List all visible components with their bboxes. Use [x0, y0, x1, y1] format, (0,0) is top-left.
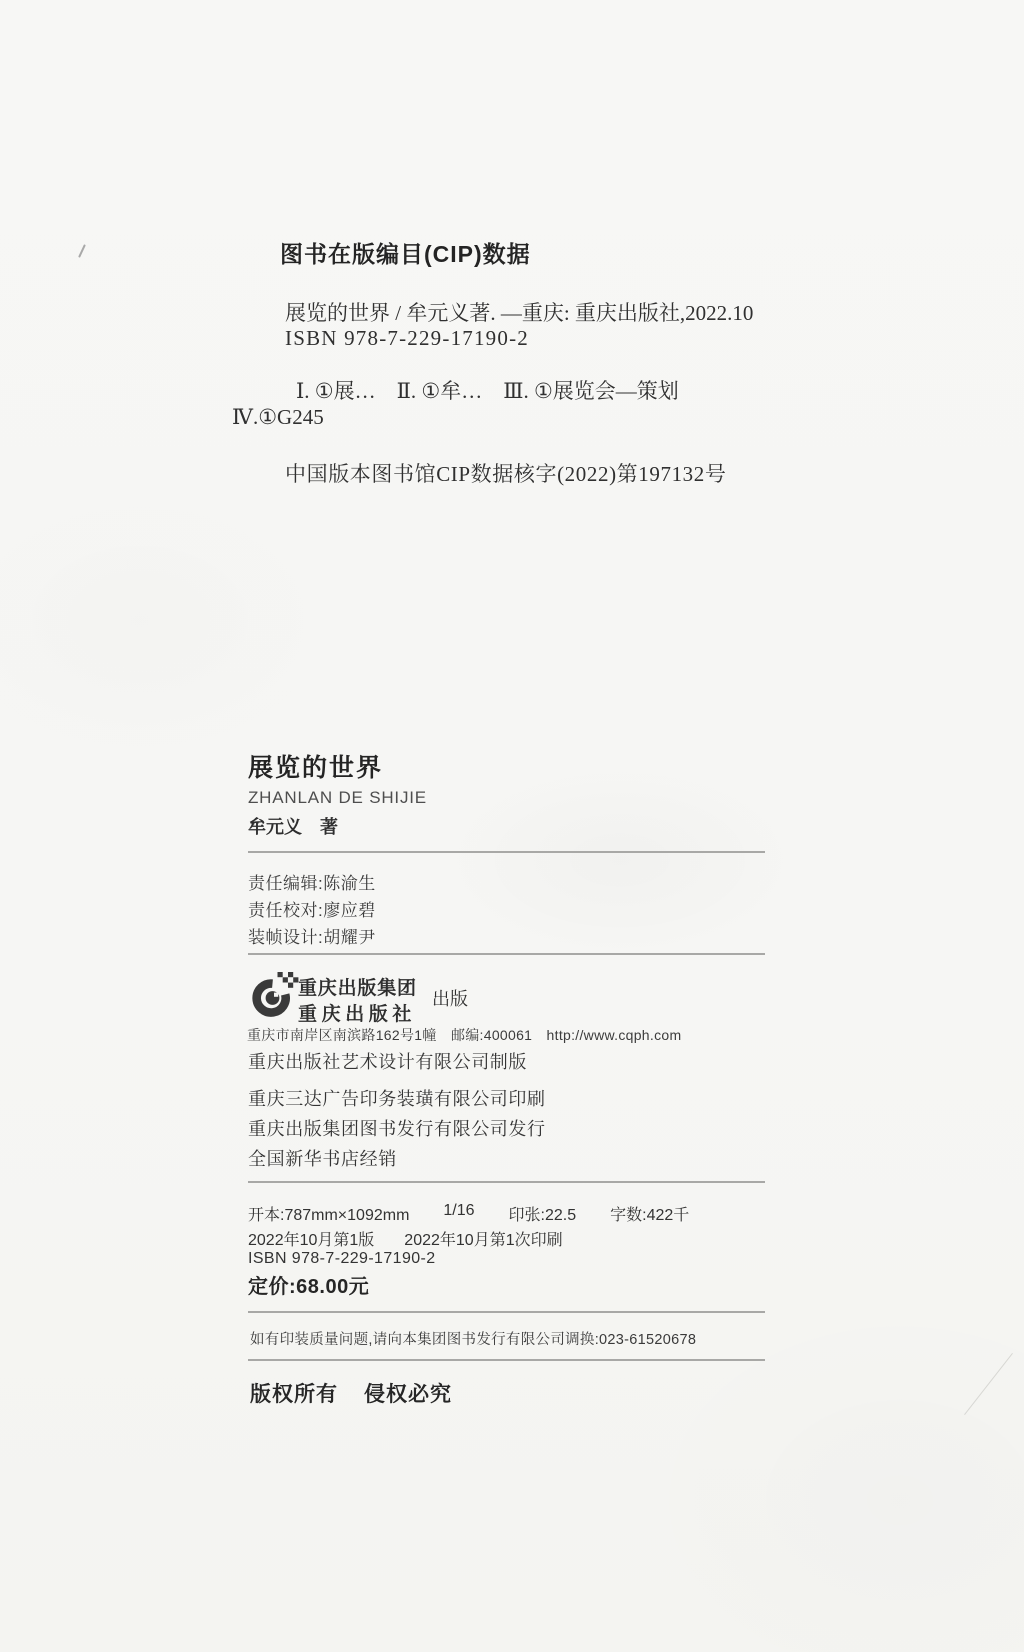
retail-line: 全国新华书店经销: [248, 1145, 397, 1171]
spec-edition: 2022年10月第1版: [248, 1227, 374, 1250]
divider-rule: [248, 851, 765, 853]
platemaking-line: 重庆出版社艺术设计有限公司制版: [248, 1048, 527, 1074]
print-spec-line-2: 2022年10月第1版 2022年10月第1次印刷: [248, 1227, 563, 1250]
copyright-statement: 版权所有侵权必究: [250, 1378, 452, 1408]
book-title-pinyin: ZHANLAN DE SHIJIE: [248, 788, 427, 808]
cip-classification-line-2: Ⅳ.①G245: [232, 405, 324, 430]
printing-line: 重庆三达广告印务装璜有限公司印刷: [248, 1085, 546, 1111]
distribution-line: 重庆出版集团图书发行有限公司发行: [248, 1115, 546, 1141]
spec-word-count: 字数:422千: [610, 1202, 689, 1225]
scan-scratch-mark: [964, 1353, 1013, 1415]
divider-rule: [248, 1311, 765, 1313]
cip-classification-line-1: Ⅰ. ①展… Ⅱ. ①牟… Ⅲ. ①展览会—策划: [296, 375, 679, 405]
divider-rule: [248, 1181, 765, 1183]
cip-title-line: 展览的世界 / 牟元义著. —重庆: 重庆出版社,2022.10: [285, 297, 753, 327]
cip-registry-line: 中国版本图书馆CIP数据核字(2022)第197132号: [285, 458, 726, 488]
spec-format: 开本:787mm×1092mm: [248, 1202, 409, 1225]
spec-fraction: 1/16: [443, 1202, 474, 1225]
book-title: 展览的世界: [248, 748, 383, 784]
spec-impression: 2022年10月第1次印刷: [404, 1227, 562, 1250]
publish-label: 出版: [432, 985, 468, 1011]
spec-sheets: 印张:22.5: [509, 1202, 577, 1225]
quality-notice-line: 如有印装质量问题,请向本集团图书发行有限公司调换:023-61520678: [250, 1328, 696, 1349]
credit-designer: 装帧设计:胡耀尹: [248, 923, 376, 948]
print-spec-line-1: 开本:787mm×1092mm 1/16 印张:22.5 字数:422千: [248, 1202, 689, 1225]
author-name: 牟元义: [248, 817, 302, 837]
cip-heading: 图书在版编目(CIP)数据: [280, 236, 531, 269]
isbn-line: ISBN 978-7-229-17190-2: [248, 1250, 436, 1268]
copyright-page: 图书在版编目(CIP)数据 展览的世界 / 牟元义著. —重庆: 重庆出版社,2…: [0, 0, 1024, 1652]
credit-editor: 责任编辑:陈渝生: [248, 869, 376, 894]
chongqing-press-logo-icon: [251, 971, 299, 1021]
scan-tick-mark: [78, 244, 86, 258]
publisher-address-line: 重庆市南岸区南滨路162号1幢 邮编:400061 http://www.cqp…: [247, 1025, 681, 1045]
cip-isbn-line: ISBN 978-7-229-17190-2: [285, 326, 529, 351]
divider-rule: [248, 1359, 765, 1361]
credit-proofreader: 责任校对:廖应碧: [248, 896, 376, 921]
price-line: 定价:68.00元: [248, 1270, 369, 1299]
book-author-line: 牟元义著: [248, 813, 338, 839]
copyright-right: 侵权必究: [364, 1383, 452, 1406]
publisher-group-name: 重庆出版集团: [298, 973, 417, 1000]
author-role: 著: [320, 817, 338, 837]
divider-rule: [248, 953, 765, 955]
publisher-press-name: 重庆出版社: [298, 999, 416, 1026]
copyright-left: 版权所有: [250, 1383, 338, 1406]
